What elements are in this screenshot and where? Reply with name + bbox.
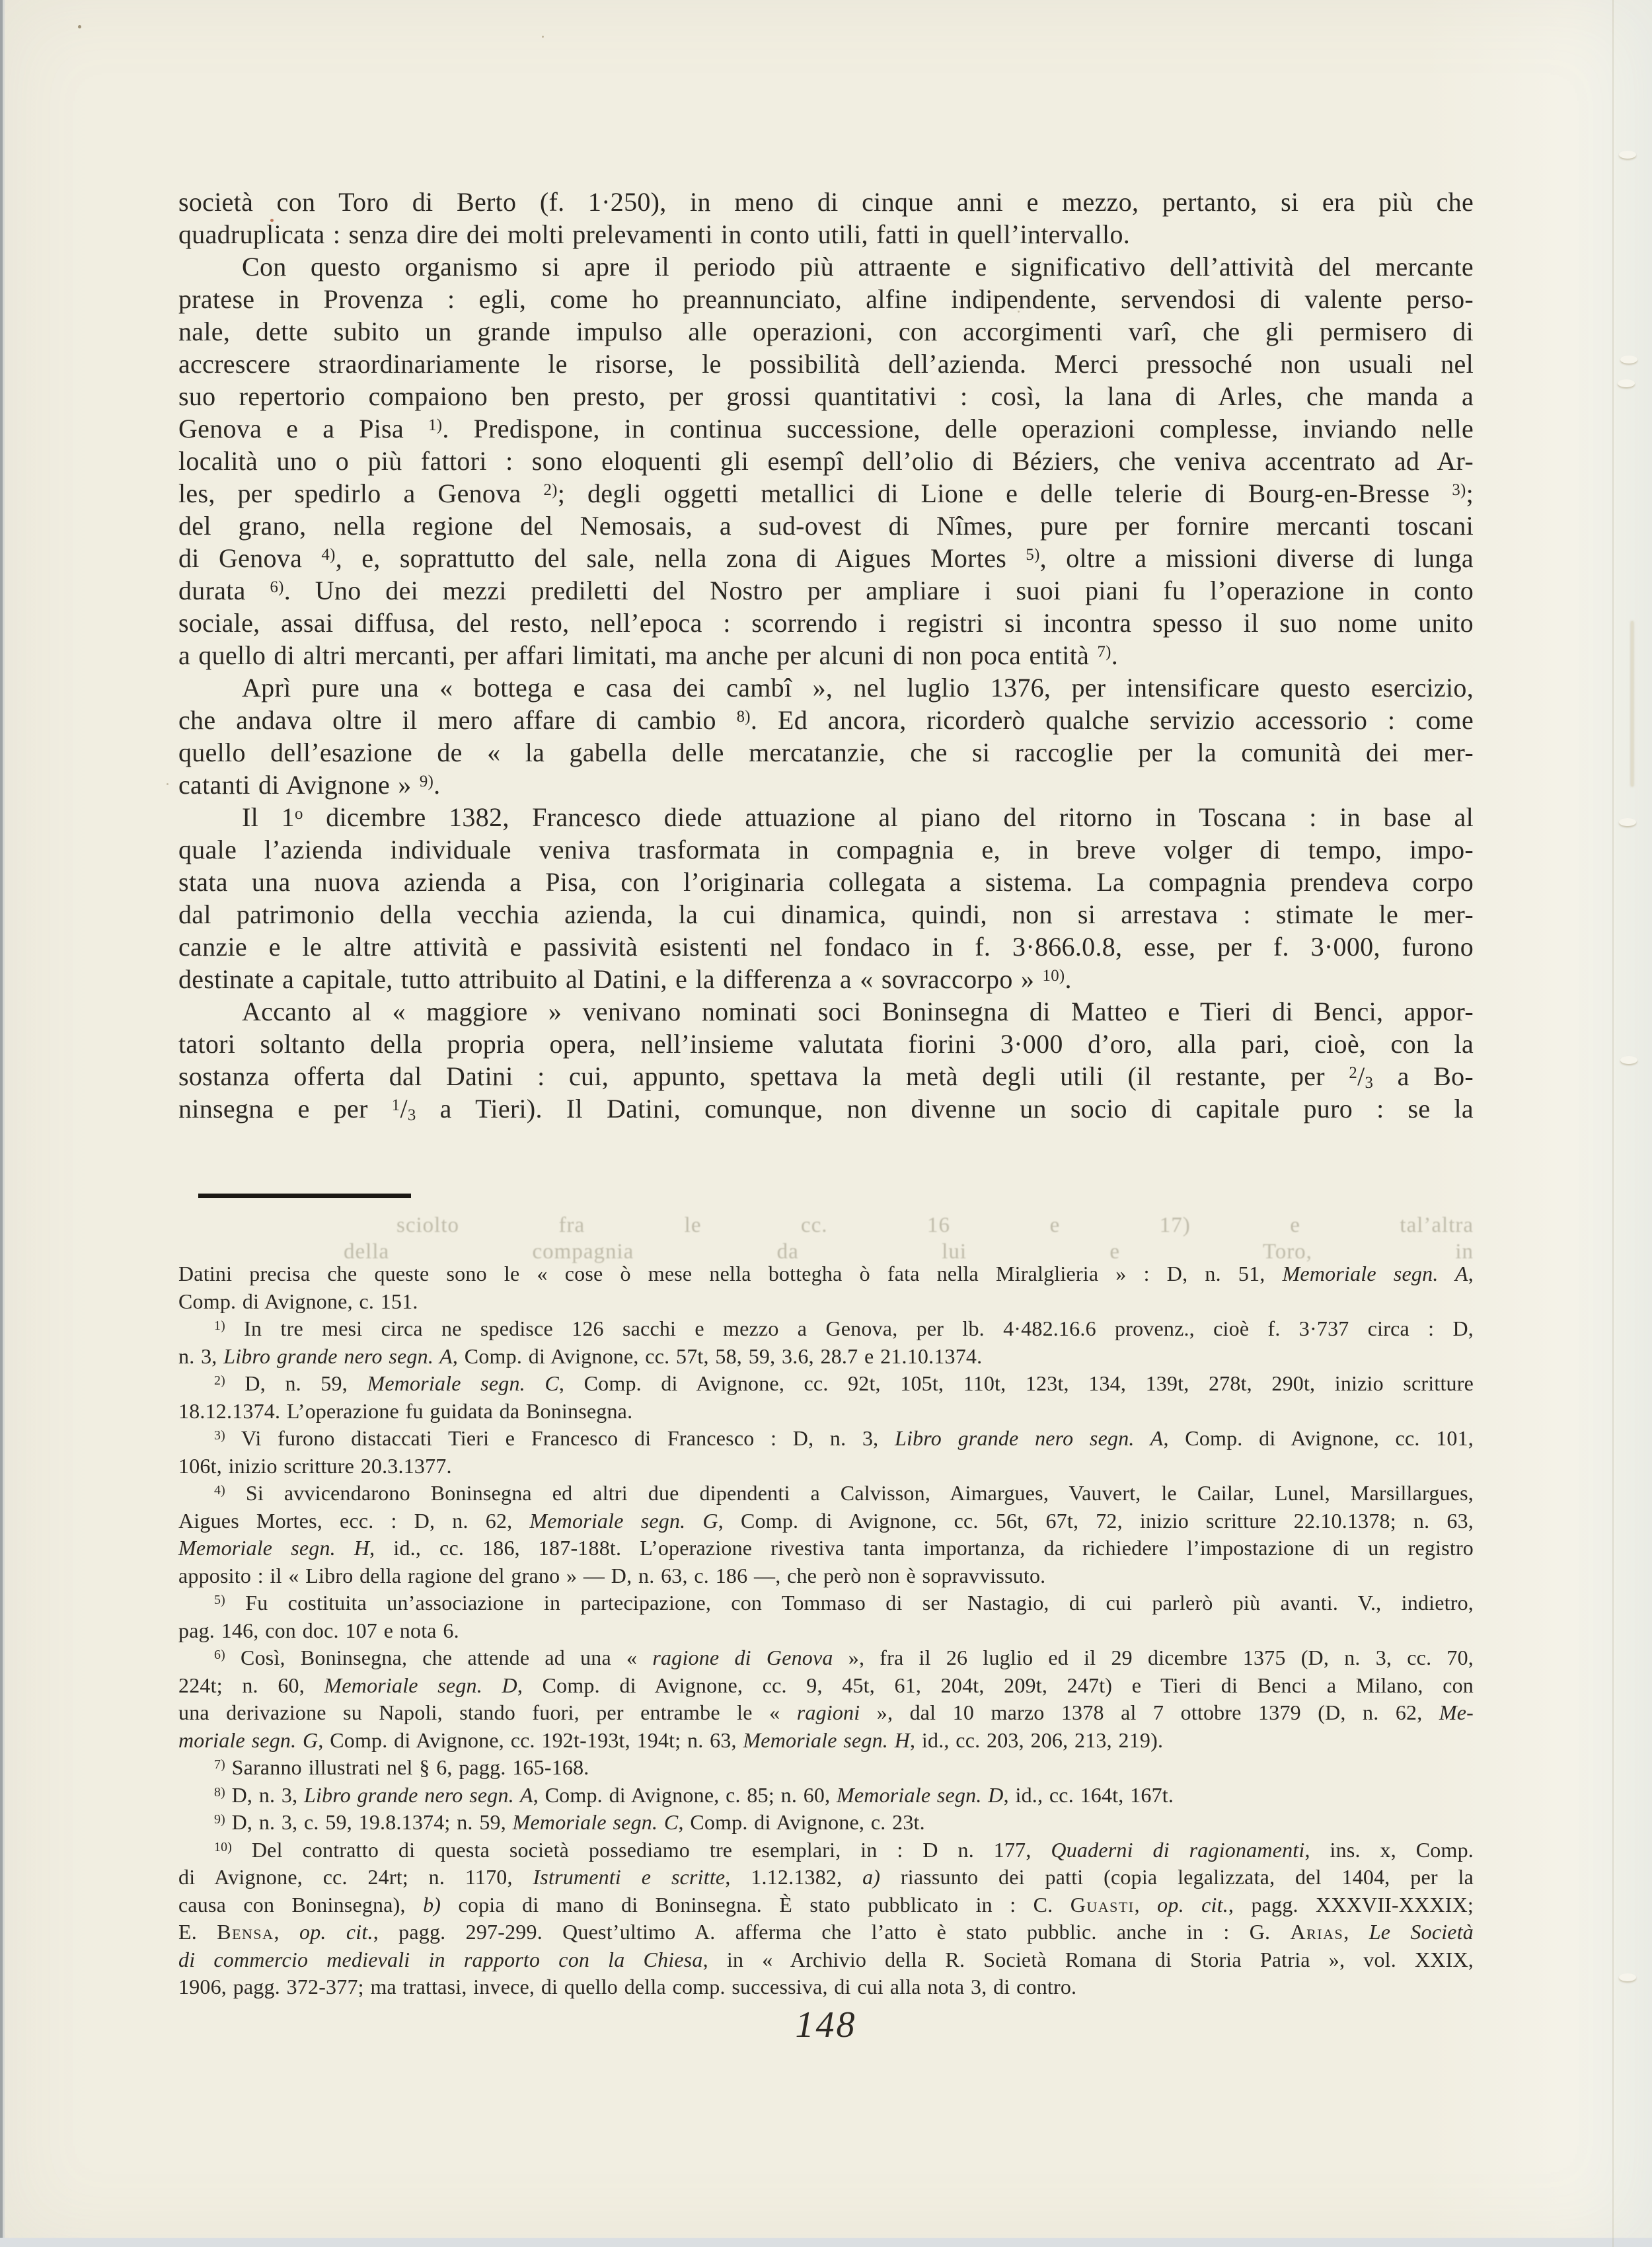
text-line: apposito : il « Libro della ragione del … [178, 1562, 1474, 1590]
text-line: del grano, nella regione del Nemosais, a… [178, 510, 1474, 542]
text-line: quello dell’esazione de « la gabella del… [178, 736, 1474, 769]
text-line: causa con Boninsegna), b) copia di mano … [178, 1891, 1474, 1919]
text-line: canzie e le altre attività e passività e… [178, 931, 1474, 963]
paragraph: Il 1o dicembre 1382, Francesco diede att… [178, 801, 1474, 995]
text-line: Il 1o dicembre 1382, Francesco diede att… [178, 801, 1474, 833]
text-line: tatori soltanto della propria opera, nel… [178, 1028, 1474, 1060]
text-line: sociale, assai diffusa, del resto, nell’… [178, 607, 1474, 639]
text-line: stata una nuova azienda a Pisa, con l’or… [178, 866, 1474, 898]
text-line: località uno o più fattori : sono eloque… [178, 445, 1474, 477]
text-line: Datini precisa che queste sono le « cose… [178, 1260, 1474, 1288]
text-line: moriale segn. G, Comp. di Avignone, cc. … [178, 1727, 1474, 1755]
text-line: 3) Vi furono distaccati Tieri e Francesc… [178, 1425, 1474, 1453]
paragraph: Aprì pure una « bottega e casa dei cambî… [178, 671, 1474, 801]
text-line: 8) D, n. 3, Libro grande nero segn. A, C… [178, 1782, 1474, 1809]
text-line: accrescere straordinariamente le risorse… [178, 348, 1474, 380]
text-line: 1906, pagg. 372-377; ma trattasi, invece… [178, 1973, 1474, 2001]
paragraph: società con Toro di Berto (f. 1·250), in… [178, 186, 1474, 250]
showthrough-text-line: sciolto fra le cc. 16 e 17) e tal’altra [396, 1213, 1474, 1238]
paper-speck [542, 36, 544, 38]
text-line: di Genova 4), e, soprattutto del sale, n… [178, 542, 1474, 574]
text-line: 1) In tre mesi circa ne spedisce 126 sac… [178, 1315, 1474, 1343]
text-line: pag. 146, con doc. 107 e nota 6. [178, 1617, 1474, 1645]
binding-seam [1612, 0, 1614, 2247]
text-line: 7) Saranno illustrati nel § 6, pagg. 165… [178, 1754, 1474, 1782]
text-line: 5) Fu costituita un’associazione in part… [178, 1589, 1474, 1617]
body-text: società con Toro di Berto (f. 1·250), in… [178, 186, 1474, 1125]
text-line: 224t; n. 60, Memoriale segn. D, Comp. di… [178, 1672, 1474, 1700]
footnote-separator-rule [198, 1194, 411, 1198]
paper-speck [1018, 311, 1020, 313]
text-line: Con questo organismo si apre il periodo … [178, 250, 1474, 283]
paragraph: 10) Del contratto di questa società poss… [178, 1837, 1474, 2001]
page-number: 148 [0, 2004, 1652, 2046]
text-line: di commercio medievali in rapporto con l… [178, 1946, 1474, 1974]
paragraph: 2) D, n. 59, Memoriale segn. C, Comp. di… [178, 1370, 1474, 1425]
binding-stitch [1619, 1973, 1636, 1981]
text-line: 2) D, n. 59, Memoriale segn. C, Comp. di… [178, 1370, 1474, 1398]
paragraph: Accanto al « maggiore » venivano nominat… [178, 995, 1474, 1125]
text-line: E. Bensa, op. cit., pagg. 297-299. Quest… [178, 1919, 1474, 1946]
text-line: ninsegna e per 1/3 a Tieri). Il Datini, … [178, 1092, 1474, 1125]
footnotes-block: Datini precisa che queste sono le « cose… [178, 1260, 1474, 2001]
text-line: les, per spedirlo a Genova 2); degli ogg… [178, 477, 1474, 510]
text-line: 4) Si avvicendarono Boninsegna ed altri … [178, 1480, 1474, 1507]
binding-stitch [1619, 818, 1636, 826]
ink-speck [270, 219, 274, 222]
paragraph: Con questo organismo si apre il periodo … [178, 250, 1474, 671]
text-line: che andava oltre il mero affare di cambi… [178, 704, 1474, 736]
paragraph: 6) Così, Boninsegna, che attende ad una … [178, 1644, 1474, 1754]
text-line: Memoriale segn. H, id., cc. 186, 187-188… [178, 1535, 1474, 1562]
paragraph: 9) D, n. 3, c. 59, 19.8.1374; n. 59, Mem… [178, 1809, 1474, 1837]
paper-speck [78, 25, 81, 28]
binding-stitch [1620, 1056, 1637, 1064]
paragraph: Datini precisa che queste sono le « cose… [178, 1260, 1474, 1315]
binding-stitch [1618, 379, 1635, 387]
binding-stitch [1619, 151, 1636, 159]
text-line: 106t, inizio scritture 20.3.1377. [178, 1453, 1474, 1480]
scan-left-edge-highlight [3, 0, 5, 2247]
text-line: quadruplicata : senza dire dei molti pre… [178, 218, 1474, 250]
text-line: Genova e a Pisa 1). Predispone, in conti… [178, 412, 1474, 445]
text-line: sostanza offerta dal Datini : cui, appun… [178, 1060, 1474, 1092]
paragraph: 3) Vi furono distaccati Tieri e Francesc… [178, 1425, 1474, 1480]
text-line: durata 6). Uno dei mezzi prediletti del … [178, 574, 1474, 607]
binding-thread [1631, 621, 1633, 786]
text-line: dal patrimonio della vecchia azienda, la… [178, 898, 1474, 931]
paper-speck [167, 783, 169, 785]
paragraph: 7) Saranno illustrati nel § 6, pagg. 165… [178, 1754, 1474, 1782]
text-line: pratese in Provenza : egli, come ho prea… [178, 283, 1474, 315]
text-line: 6) Così, Boninsegna, che attende ad una … [178, 1644, 1474, 1672]
text-line: nale, dette subito un grande impulso all… [178, 315, 1474, 348]
text-line: 10) Del contratto di questa società poss… [178, 1837, 1474, 1864]
scanned-book-page: sciolto fra le cc. 16 e 17) e tal’altra … [0, 0, 1652, 2247]
text-line: Comp. di Avignone, c. 151. [178, 1288, 1474, 1316]
text-line: di Avignone, cc. 24rt; n. 1170, Istrumen… [178, 1864, 1474, 1891]
paragraph: 4) Si avvicendarono Boninsegna ed altri … [178, 1480, 1474, 1589]
paragraph: 8) D, n. 3, Libro grande nero segn. A, C… [178, 1782, 1474, 1809]
binding-stitch [1620, 356, 1637, 363]
text-line: Accanto al « maggiore » venivano nominat… [178, 995, 1474, 1028]
text-line: società con Toro di Berto (f. 1·250), in… [178, 186, 1474, 218]
text-line: una derivazione su Napoli, stando fuori,… [178, 1699, 1474, 1727]
text-line: catanti di Avignone » 9). [178, 769, 1474, 801]
text-line: Aigues Mortes, ecc. : D, n. 62, Memorial… [178, 1507, 1474, 1535]
text-line: 18.12.1374. L’operazione fu guidata da B… [178, 1398, 1474, 1426]
text-line: suo repertorio compaiono ben presto, per… [178, 380, 1474, 412]
text-line: 9) D, n. 3, c. 59, 19.8.1374; n. 59, Mem… [178, 1809, 1474, 1837]
text-line: a quello di altri mercanti, per affari l… [178, 639, 1474, 671]
text-line: n. 3, Libro grande nero segn. A, Comp. d… [178, 1343, 1474, 1371]
paragraph: 5) Fu costituita un’associazione in part… [178, 1589, 1474, 1644]
text-line: quale l’azienda individuale veniva trasf… [178, 833, 1474, 866]
text-line: destinate a capitale, tutto attribuito a… [178, 963, 1474, 995]
paragraph: 1) In tre mesi circa ne spedisce 126 sac… [178, 1315, 1474, 1370]
scanner-background-strip [0, 2238, 1652, 2247]
text-line: Aprì pure una « bottega e casa dei cambî… [178, 671, 1474, 704]
